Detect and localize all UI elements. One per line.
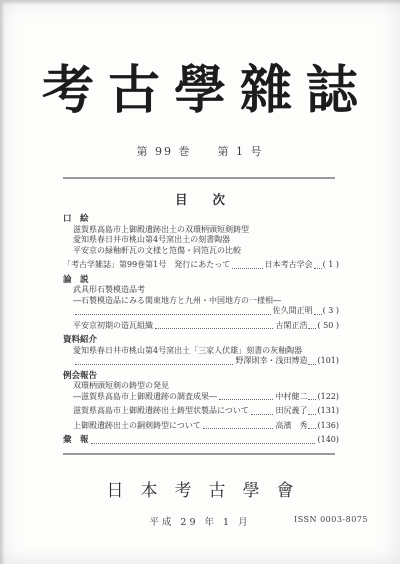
toc-row: 野澤則幸・浅田博造(101) xyxy=(63,356,339,367)
dotted-leader-short xyxy=(308,399,316,400)
issue-number: 第 99 巻 第 1 号 xyxy=(0,143,400,159)
toc-entry-author: 野澤則幸・浅田博造 xyxy=(235,356,307,367)
dotted-leader-short xyxy=(308,428,316,429)
toc-row: 彙 報(140) xyxy=(63,435,339,446)
toc-entry-page: (131) xyxy=(317,406,339,417)
top-divider-rule xyxy=(63,177,335,179)
publisher-name: 日本考古學會 xyxy=(0,476,400,501)
toc-entry-title: 滋賀県高島市上御殿遺跡出土鋳型状製品について xyxy=(73,406,249,417)
dotted-leader-short xyxy=(314,314,322,315)
toc-entry-author: 高濱 秀 xyxy=(275,421,307,432)
issn-number: ISSN 0003-8075 xyxy=(294,515,368,524)
toc-entry-page: ( 3 ) xyxy=(323,306,339,317)
dotted-leader xyxy=(75,314,271,315)
toc-row: 滋賀県高島市上御殿遺跡出土鋳型状製品について田尻義了(131) xyxy=(63,406,339,417)
dotted-leader xyxy=(232,268,262,269)
toc-row: 上御殿遺跡出土の銅剣鋳型について高濱 秀(136) xyxy=(63,421,339,432)
toc-entry-author: 日本考古学会 xyxy=(265,260,313,271)
toc-entry-title: ―滋賀県高島市上御殿遺跡の調査成果― xyxy=(73,392,217,403)
toc-entry-page: ( 1 ) xyxy=(323,260,339,271)
dotted-leader xyxy=(219,399,273,400)
toc-section-header: 論 説 xyxy=(63,275,339,286)
toc-row: 武具形石製模造品考 xyxy=(63,285,339,296)
toc-entry-page: (140) xyxy=(317,435,339,446)
bottom-divider-rule xyxy=(63,453,335,455)
toc-entry-page: (101) xyxy=(317,356,339,367)
dotted-leader xyxy=(203,428,274,429)
toc-row: ―石製模造品にみる関東地方と九州・中国地方の一様相― xyxy=(63,296,339,307)
toc-row: 平安京の緑釉軒瓦の文様と笵傷・同笵瓦の比較 xyxy=(63,246,339,257)
toc-entry-title: 上御殿遺跡出土の銅剣鋳型について xyxy=(73,421,201,432)
toc-heading: 目 次 xyxy=(0,190,400,208)
toc-row: 平安京初期の造瓦組織古閑正浩( 50 ) xyxy=(63,321,339,332)
toc-entry-title: 平安京初期の造瓦組織 xyxy=(73,321,153,332)
dotted-leader xyxy=(75,364,233,365)
dotted-leader xyxy=(251,414,274,415)
dotted-leader xyxy=(155,328,273,329)
dotted-leader-short xyxy=(314,268,322,269)
toc-entry-author: 中村健二 xyxy=(275,392,307,403)
toc-section-header: 口 絵 xyxy=(63,214,339,225)
toc-section-header: 資料紹介 xyxy=(63,335,339,346)
dotted-leader-short xyxy=(308,364,316,365)
toc-entry-page: ( 50 ) xyxy=(317,321,339,332)
toc-row: 愛知県春日井市桃山第4号窯出土「三家人伏雄」刻書の灰釉陶器 xyxy=(63,346,339,357)
toc-entry-title: 彙 報 xyxy=(63,435,89,446)
toc-section-header: 例会報告 xyxy=(63,371,339,382)
dotted-leader-short xyxy=(308,328,316,329)
toc-entry-title: 「考古学雑誌」第99巻第1号 発行にあたって xyxy=(63,260,230,271)
dotted-leader xyxy=(91,443,316,444)
toc-row: ―滋賀県高島市上御殿遺跡の調査成果―中村健二(122) xyxy=(63,392,339,403)
toc-row: 双環柄頭短剣の鋳型の発見 xyxy=(63,381,339,392)
toc-row: 滋賀県高島市上御殿遺跡出土の双環柄頭短剣鋳型 xyxy=(63,225,339,236)
toc-row: 「考古学雑誌」第99巻第1号 発行にあたって日本考古学会( 1 ) xyxy=(63,260,339,271)
toc-entry-author: 田尻義了 xyxy=(275,406,307,417)
toc-row: 愛知県春日井市桃山第4号窯出土の刻書陶器 xyxy=(63,235,339,246)
imprint-line: 平成 29 年 1 月 ISSN 0003-8075 xyxy=(0,514,400,528)
journal-title: 考古學雜誌 xyxy=(0,48,400,123)
dotted-leader-short xyxy=(308,414,316,415)
toc-entry-author: 佐久間正明 xyxy=(273,306,313,317)
toc-row: 佐久間正明( 3 ) xyxy=(63,306,339,317)
toc-entry-page: (136) xyxy=(317,421,339,432)
toc-entry-author: 古閑正浩 xyxy=(275,321,307,332)
toc-list: 口 絵滋賀県高島市上御殿遺跡出土の双環柄頭短剣鋳型愛知県春日井市桃山第4号窯出土… xyxy=(63,214,339,446)
journal-cover-page: 考古學雜誌 第 99 巻 第 1 号 目 次 口 絵滋賀県高島市上御殿遺跡出土の… xyxy=(0,0,400,564)
toc-entry-page: (122) xyxy=(317,392,339,403)
